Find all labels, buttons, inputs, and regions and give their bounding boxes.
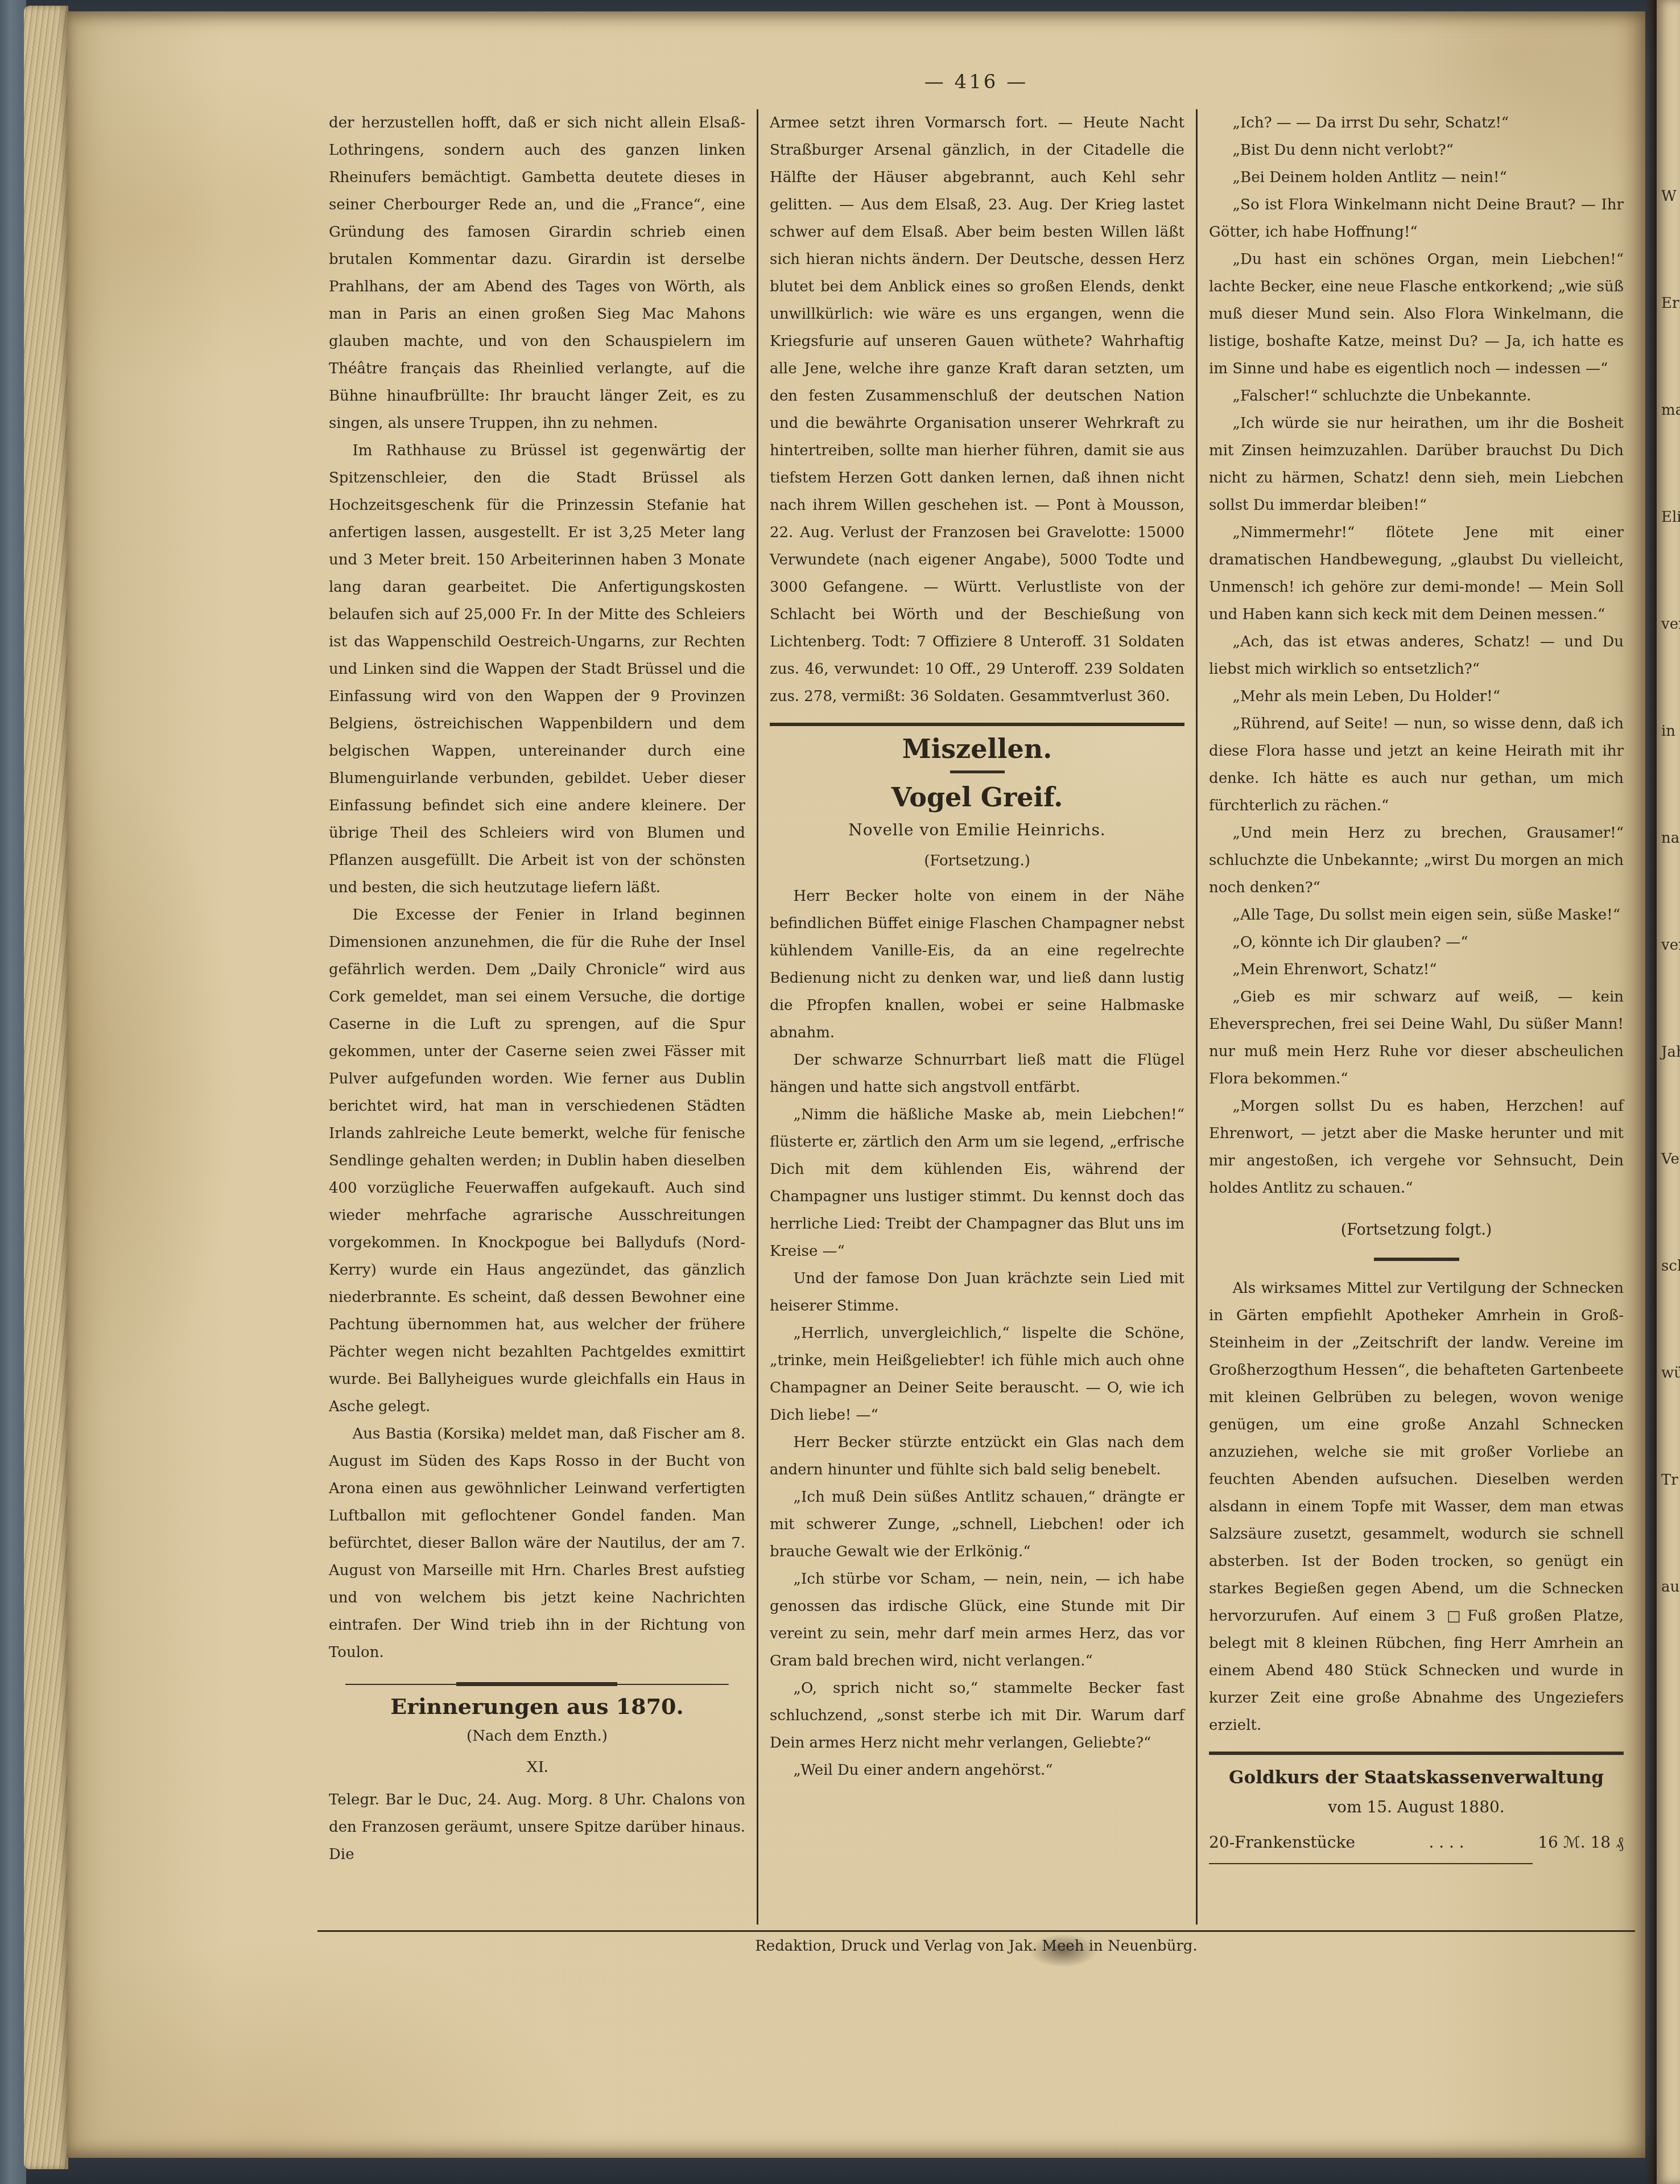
story-paragraph: „Ich stürbe vor Scham, — nein, nein, — i…: [770, 1565, 1184, 1675]
dialogue-paragraph: „So ist Flora Winkelmann nicht Deine Bra…: [1209, 191, 1624, 246]
memoir-source-note: (Nach dem Enzth.): [329, 1723, 745, 1750]
ink-smudge: [1029, 1934, 1097, 1967]
story-paragraph: Herr Becker holte von einem in der Nähe …: [770, 883, 1184, 1046]
war-news-paragraph: Armee setzt ihren Vormarsch fort. — Heut…: [770, 109, 1184, 710]
memoir-chapter-numeral: XI.: [329, 1753, 745, 1781]
page-fragment: wü: [1661, 1365, 1680, 1382]
story-paragraph: „O, sprich nicht so,“ stammelte Becker f…: [770, 1675, 1184, 1757]
imprint-divider: [317, 1930, 1635, 1932]
story-paragraph: „Herrlich, unvergleichlich,“ lispelte di…: [770, 1320, 1184, 1429]
page-number: — 416 —: [317, 71, 1635, 93]
book-spine: [0, 0, 26, 2184]
story-title: Vogel Greif.: [770, 784, 1184, 811]
story-paragraph: Herr Becker stürzte entzückt ein Glas na…: [770, 1429, 1184, 1484]
page-fragment: Eli: [1661, 509, 1680, 526]
page-fragment: ver: [1661, 616, 1680, 633]
dialogue-paragraph: „Ich würde sie nur heirathen, um ihr die…: [1209, 410, 1624, 519]
adjacent-page-sliver: W Erf ma Eli ver in d nach ver Jah Ver s…: [1657, 0, 1680, 2184]
page-fragment: aus: [1661, 1579, 1680, 1596]
column-middle: Armee setzt ihren Vormarsch fort. — Heut…: [757, 109, 1196, 1925]
page-fragment: Tr: [1661, 1472, 1678, 1489]
page-fragment: Jah: [1661, 1044, 1680, 1061]
story-paragraph: „Nimm die häßliche Maske ab, mein Liebch…: [770, 1101, 1184, 1265]
section-divider: [345, 1682, 728, 1686]
story-byline: Novelle von Emilie Heinrichs.: [770, 817, 1184, 844]
page-fragment: in d: [1661, 723, 1680, 740]
goldkurs-divider: [1209, 1752, 1624, 1755]
dialogue-paragraph: „O, könnte ich Dir glauben? —“: [1209, 929, 1624, 956]
dialogue-paragraph: „Du hast ein schönes Organ, mein Liebche…: [1209, 246, 1624, 382]
page-fragment: sch: [1661, 1258, 1680, 1275]
dialogue-paragraph: „Mehr als mein Leben, Du Holder!“: [1209, 683, 1624, 710]
memoir-title: Erinnerungen aus 1870.: [329, 1693, 745, 1720]
dialogue-paragraph: „Und mein Herz zu brechen, Grausamer!“ s…: [1209, 819, 1624, 901]
goldkurs-underline: [1209, 1863, 1533, 1864]
story-paragraph: Der schwarze Schnurrbart ließ matt die F…: [770, 1046, 1184, 1101]
snail-remedy-paragraph: Als wirksames Mittel zur Vertilgung der …: [1209, 1275, 1624, 1739]
goldkurs-title: Goldkurs der Staatskassenverwaltung: [1209, 1764, 1624, 1791]
memoir-paragraph: Telegr. Bar le Duc, 24. Aug. Morg. 8 Uhr…: [329, 1786, 745, 1868]
story-paragraph: Und der famose Don Juan krächzte sein Li…: [770, 1265, 1184, 1320]
dialogue-paragraph: „Mein Ehrenwort, Schatz!“: [1209, 956, 1624, 983]
printed-area: — 416 — der herzustellen hofft, daß er s…: [317, 71, 1635, 1955]
goldkurs-date: vom 15. August 1880.: [1209, 1794, 1624, 1821]
dialogue-paragraph: „Bei Deinem holden Antlitz — nein!“: [1209, 164, 1624, 191]
story-divider: [950, 770, 1005, 773]
miszellen-divider: [770, 723, 1184, 726]
dialogue-paragraph: „Ich? — — Da irrst Du sehr, Schatz!“: [1209, 109, 1624, 137]
column-layout: der herzustellen hofft, daß er sich nich…: [317, 109, 1635, 1925]
goldkurs-value: 16 ℳ. 18 ₰: [1538, 1829, 1624, 1856]
news-paragraph: der herzustellen hofft, daß er sich nich…: [329, 109, 745, 437]
imprint: Redaktion, Druck und Verlag von Jak. Mee…: [317, 1938, 1635, 1955]
dialogue-paragraph: „Alle Tage, Du sollst mein eigen sein, s…: [1209, 901, 1624, 929]
goldkurs-row: 20-Frankenstücke . . . . 16 ℳ. 18 ₰: [1209, 1829, 1624, 1856]
dialogue-paragraph: „Nimmermehr!“ flötete Jene mit einer dra…: [1209, 519, 1624, 628]
dialogue-paragraph: „Gieb es mir schwarz auf weiß, — kein Eh…: [1209, 983, 1624, 1093]
page-fragment: W: [1661, 188, 1677, 205]
page-stack-edge: [24, 6, 68, 2169]
miszellen-title: Miszellen.: [770, 735, 1184, 763]
goldkurs-item-label: 20-Frankenstücke: [1209, 1829, 1355, 1856]
scanned-newspaper-page: — 416 — der herzustellen hofft, daß er s…: [0, 0, 1680, 2184]
column-right: „Ich? — — Da irrst Du sehr, Schatz!“ „Bi…: [1196, 109, 1635, 1925]
page-fragment: Ver: [1661, 1151, 1680, 1168]
goldkurs-dots: . . . .: [1429, 1829, 1464, 1856]
imprint-text: Redaktion, Druck und Verlag von Jak. Mee…: [755, 1938, 1198, 1955]
story-paragraph: „Ich muß Dein süßes Antlitz schauen,“ dr…: [770, 1484, 1184, 1565]
paper-page: — 416 — der herzustellen hofft, daß er s…: [67, 11, 1645, 2158]
story-continuation-footer: (Fortsetzung folgt.): [1209, 1217, 1624, 1244]
column-left: der herzustellen hofft, daß er sich nich…: [317, 109, 757, 1925]
news-paragraph: Die Excesse der Fenier in Irland beginne…: [329, 901, 745, 1420]
dialogue-paragraph: „Ach, das ist etwas anderes, Schatz! — u…: [1209, 628, 1624, 683]
dialogue-paragraph: „Falscher!“ schluchzte die Unbekannte.: [1209, 382, 1624, 410]
news-paragraph: Aus Bastia (Korsika) meldet man, daß Fis…: [329, 1420, 745, 1666]
page-fragment: ma: [1661, 402, 1680, 419]
story-paragraph: „Weil Du einer andern angehörst.“: [770, 1757, 1184, 1784]
news-paragraph: Im Rathhause zu Brüssel ist gegenwärtig …: [329, 437, 745, 901]
page-gap-shadow: [1645, 0, 1657, 2184]
page-fragment: Erf: [1661, 295, 1680, 312]
dialogue-paragraph: „Rührend, auf Seite! — nun, so wisse den…: [1209, 710, 1624, 819]
dialogue-paragraph: „Morgen sollst Du es haben, Herzchen! au…: [1209, 1093, 1624, 1202]
page-fragment: ver: [1661, 937, 1680, 954]
dialogue-paragraph: „Bist Du denn nicht verlobt?“: [1209, 137, 1624, 164]
page-fragment: nach: [1661, 830, 1680, 847]
story-continuation-note: (Fortsetzung.): [770, 847, 1184, 875]
end-of-story-divider: [1374, 1258, 1459, 1261]
